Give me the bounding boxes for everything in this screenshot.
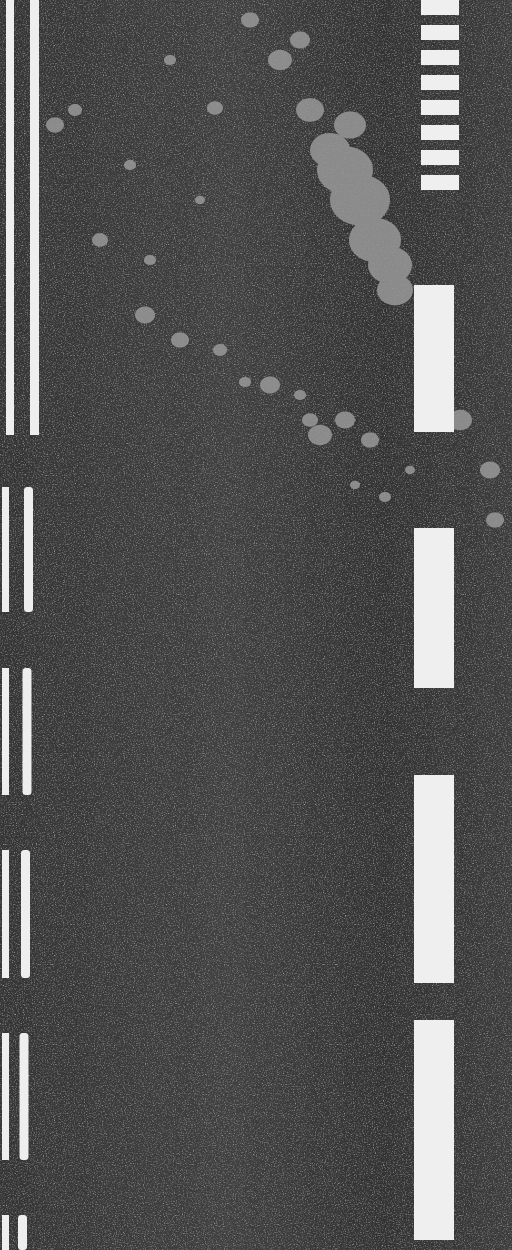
road-surface	[0, 0, 512, 1250]
road-photo	[0, 0, 512, 1250]
